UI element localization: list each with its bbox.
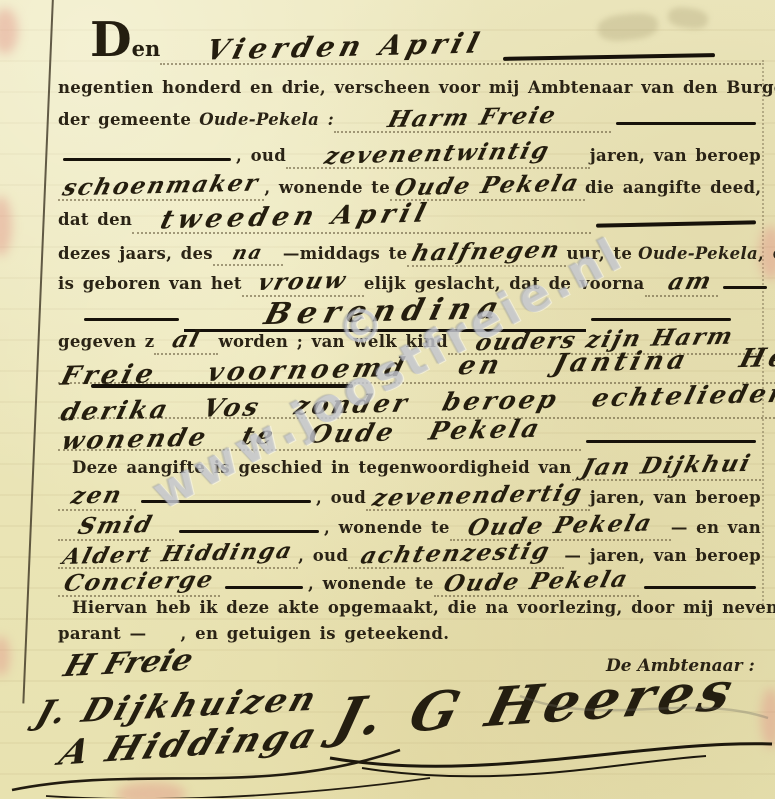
declarant-name-blank: Harm Freie (334, 104, 611, 133)
declarant-age-blank: zevenentwintig (286, 140, 590, 169)
entry-declarant-name: Harm Freie (385, 102, 560, 133)
printed-municipality-italic: Oude-Pekela (638, 244, 758, 263)
entry-witness1-occupation: Smid (75, 511, 156, 540)
printed-datden-label: dat den (58, 210, 132, 229)
printed-wonende-label: , wonende te (264, 178, 390, 197)
entry-witness2-name: Aldert Hiddinga (60, 538, 297, 570)
entry-witness2-age: achtenzestig (358, 538, 554, 570)
line-closing-1: Hiervan heb ik deze akte opgemaakt, die … (58, 598, 761, 617)
witness2-occupation-blank: Concierge (58, 568, 220, 597)
entry-gender: vrouw (255, 267, 350, 296)
printed-oud-label: , oud (236, 146, 286, 165)
ink-rule (723, 286, 767, 290)
parents-blank-3: derika Vos zonder beroep echtelieden (58, 388, 775, 419)
ink-rule (84, 318, 179, 322)
printed-aangifte-label: die aangifte deed, (585, 178, 761, 197)
line-birth-time: dezes jaars, des na —middags te halfnege… (58, 238, 761, 267)
entry-witness2-residence: Oude Pekela (441, 566, 632, 598)
printed-oud-label: , oud (316, 488, 366, 507)
signature-declarant: H Freie (59, 643, 197, 684)
signature-flourish (0, 688, 775, 798)
entry-daypart: na (230, 242, 266, 265)
ink-rule (179, 530, 319, 534)
edge-stain (0, 8, 18, 54)
printed-jaren-dash-label: — jaren, van beroep (564, 546, 761, 565)
entry-witness1-residence: Oude Pekela (465, 510, 656, 542)
printed-den-label: Den (90, 12, 160, 68)
gender-blank: vrouw (242, 268, 364, 297)
printed-year-text: negentien honderd en drie, verscheen voo… (58, 78, 775, 97)
line-birth-date: dat den tweeden April (58, 202, 761, 234)
line-closing-2: parant — , en getuigen is geteekend. (58, 624, 761, 643)
ink-rule (586, 440, 756, 444)
line-witness1-occupation: Smid , wonende te Oude Pekela — en van (58, 512, 761, 541)
line-parents-4: wonende te Oude Pekela (58, 420, 761, 451)
ink-rule (596, 220, 756, 227)
line-year: negentien honderd en drie, verscheen voo… (58, 78, 761, 97)
printed-gegeven-label: gegeven z (58, 332, 154, 351)
act-date-blank: Vierden April (160, 30, 761, 65)
line-parents-3: derika Vos zonder beroep echtelieden (58, 388, 761, 419)
entry-act-date: Vierden April (203, 26, 488, 66)
birth-certificate-scan: Den Vierden April negentien honderd en d… (0, 0, 775, 799)
witness2-name-blank: Aldert Hiddinga (58, 541, 298, 569)
entry-parents-4: wonende te Oude Pekela (59, 414, 546, 455)
line-parents-2: Freie voornoemd en Jantina Hen (58, 352, 761, 384)
right-margin-rule (762, 60, 764, 605)
entry-witness1-name-b: zen (68, 481, 126, 509)
entry-birth-date: tweeden April (157, 199, 434, 236)
entry-declarant-age: zevenentwintig (322, 137, 554, 170)
entry-birth-time: halfnegen (409, 236, 564, 267)
printed-middags-label: —middags te (283, 244, 407, 263)
printed-envan-label: — en van (671, 518, 761, 537)
line-act-date: Den Vierden April (90, 12, 761, 68)
entry-witness1-name-a: Jan Dijkhui (578, 450, 754, 481)
line-declarant-occupation: schoenmaker , wonende te Oude Pekela die… (58, 172, 761, 201)
witness2-age-blank: achtenzestig (348, 540, 564, 569)
entry-witness1-age: zevenendertig (370, 479, 587, 511)
declarant-residence-blank: Oude Pekela (390, 172, 585, 201)
witness1-name-blank-2: zen (58, 482, 136, 511)
printed-witness-intro: Deze aangifte is geschied in tegenwoordi… (58, 458, 572, 477)
left-margin-rule (22, 0, 54, 703)
ink-rule (225, 586, 303, 590)
entry-voornaam-rest: am (665, 267, 716, 295)
ink-rule (644, 586, 756, 590)
printed-closing-2: parant — , en getuigen is geteekend. (58, 624, 449, 643)
daypart-blank: na (213, 242, 283, 266)
line-witness2: Aldert Hiddinga , oud achtenzestig — jar… (58, 540, 761, 569)
ink-rule (616, 122, 756, 126)
line-witness-intro: Deze aangifte is geschied in tegenwoordi… (58, 452, 761, 481)
line-witness2-occupation: Concierge , wonende te Oude Pekela (58, 568, 761, 597)
printed-gemeente-label: der gemeente (58, 110, 191, 129)
line-municipality-declarant: der gemeente Oude-Pekela : Harm Freie (58, 104, 761, 133)
printed-closing-1: Hiervan heb ik deze akte opgemaakt, die … (58, 598, 775, 617)
printed-gemeente-name: Oude-Pekela : (199, 110, 334, 129)
witness1-age-blank: zevenendertig (366, 482, 590, 511)
parents-blank-2: Freie voornoemd en Jantina Hen (58, 352, 775, 384)
birth-time-blank: halfnegen (407, 238, 566, 267)
witness1-name-blank: Jan Dijkhui (572, 452, 761, 481)
witness1-residence-blank: Oude Pekela (450, 512, 671, 541)
printed-geboren-label: is geboren van het (58, 274, 242, 293)
entry-witness2-occupation: Concierge (61, 566, 218, 597)
printed-jaren-label: jaren, van beroep (590, 488, 761, 507)
entry-zal-rest: al (169, 326, 204, 354)
printed-oud-label: , oud (298, 546, 348, 565)
witness1-occupation-blank: Smid (58, 512, 174, 541)
line-declarant-age: , oud zevenentwintig jaren, van beroep (58, 140, 761, 169)
ink-rule (591, 318, 731, 322)
declarant-occupation-blank: schoenmaker (58, 172, 264, 201)
witness2-residence-blank: Oude Pekela (434, 568, 639, 597)
ink-rule (63, 158, 231, 162)
ink-rule (91, 384, 353, 388)
parents-blank-4: wonende te Oude Pekela (58, 420, 581, 451)
ink-rule (141, 500, 311, 504)
printed-uur-label: uur, te (566, 244, 632, 263)
voornaam-blank: am (645, 268, 718, 297)
printed-kind-label: , een kind (758, 244, 775, 263)
edge-stain (0, 636, 10, 676)
printed-jaren-label: jaren, van beroep (590, 146, 761, 165)
printed-worden-label: worden ; van welk kind (218, 332, 448, 351)
printed-wonende-label: , wonende te (324, 518, 450, 537)
birth-date-blank: tweeden April (132, 202, 591, 234)
entry-declarant-residence: Oude Pekela (392, 170, 583, 202)
line-witness1-age: zen , oud zevenendertig jaren, van beroe… (58, 482, 761, 511)
zal-blank: al (154, 326, 218, 355)
entry-declarant-occupation: schoenmaker (60, 169, 263, 201)
edge-stain (0, 196, 12, 256)
printed-wonende-label: , wonende te (308, 574, 434, 593)
printed-dezes-label: dezes jaars, des (58, 244, 213, 263)
